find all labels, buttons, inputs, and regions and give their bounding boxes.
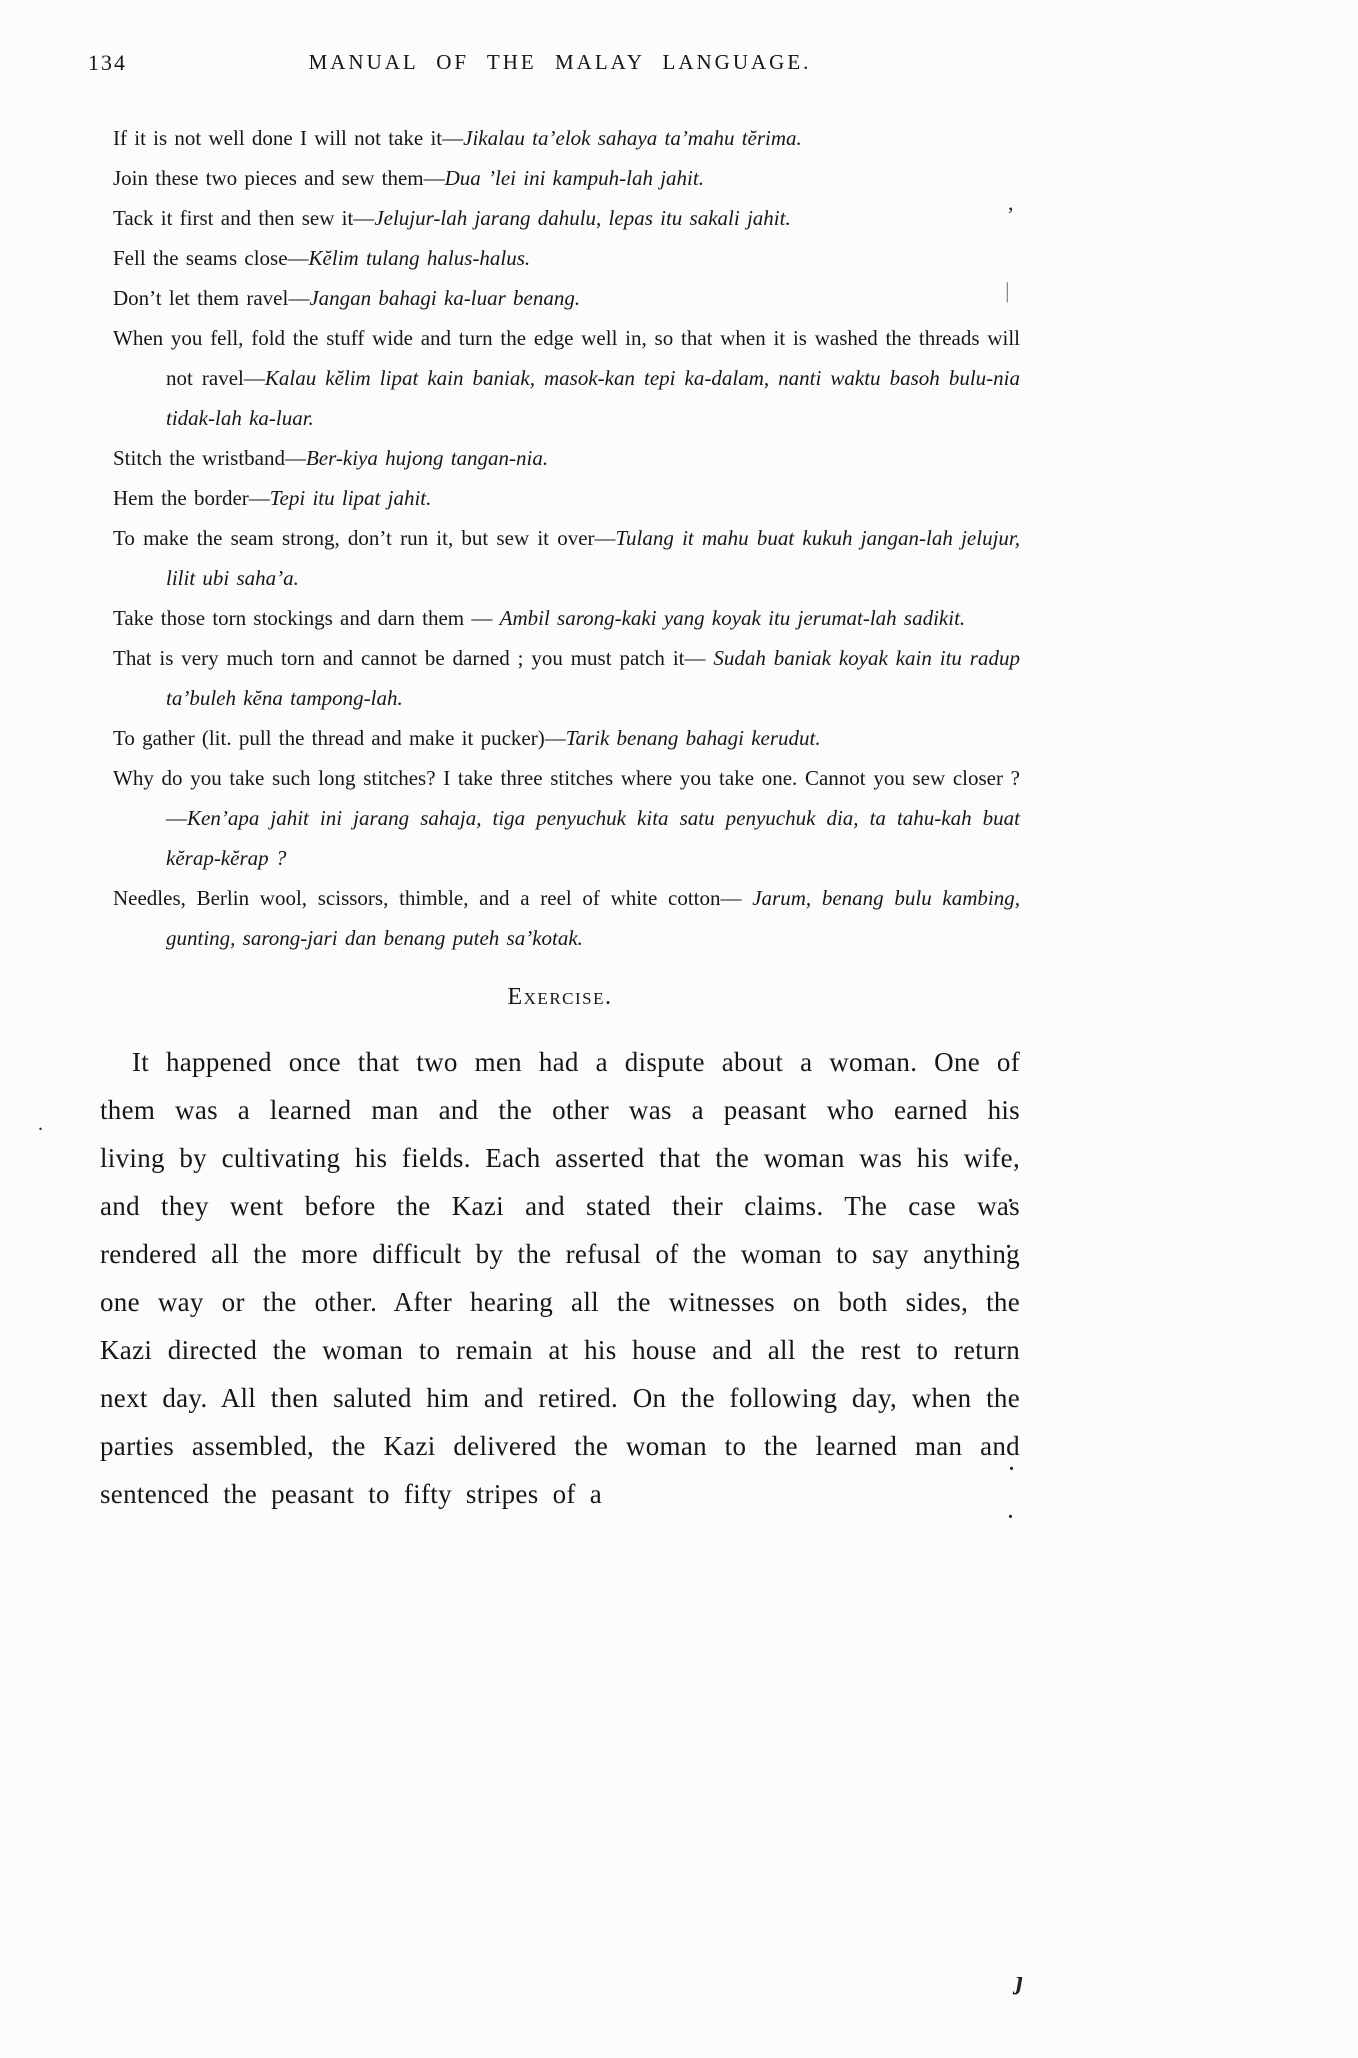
phrase-english: Needles, Berlin wool, scissors, thimble,… (113, 886, 752, 910)
phrase-item: Don’t let them ravel—Jangan bahagi ka-lu… (100, 278, 1020, 318)
phrase-item: To gather (lit. pull the thread and make… (100, 718, 1020, 758)
page-header: 134 MANUAL OF THE MALAY LANGUAGE. (100, 50, 1020, 84)
phrase-item: Take those torn stockings and darn them … (100, 598, 1020, 638)
phrase-english: Don’t let them ravel— (113, 286, 309, 310)
phrase-english: That is very much torn and cannot be dar… (113, 646, 713, 670)
ink-mark: . (1008, 1186, 1013, 1206)
phrase-malay: Kĕlim tulang halus-halus. (309, 246, 531, 270)
phrase-malay: Tepi itu lipat jahit. (270, 486, 432, 510)
phrase-item: Stitch the wristband—Ber-kiya hujong tan… (100, 438, 1020, 478)
phrase-english: Tack it first and then sew it— (113, 206, 374, 230)
page-content: 134 MANUAL OF THE MALAY LANGUAGE. If it … (100, 50, 1020, 1545)
phrase-malay: Jikalau ta’elok sahaya ta’mahu tĕrima. (463, 126, 802, 150)
ink-mark: . (38, 1114, 43, 1134)
phrase-english: Hem the border— (113, 486, 270, 510)
page-title: MANUAL OF THE MALAY LANGUAGE. (100, 50, 1020, 75)
phrase-english: To gather (lit. pull the thread and make… (113, 726, 566, 750)
ink-mark: | (1006, 280, 1009, 302)
phrase-english: If it is not well done I will not take i… (113, 126, 463, 150)
ink-mark: . (1009, 1454, 1014, 1474)
exercise-paragraph: It happened once that two men had a disp… (100, 1038, 1020, 1518)
phrase-item: Fell the seams close—Kĕlim tulang halus-… (100, 238, 1020, 278)
phrase-malay: Dua ’lei ini kampuh-lah jahit. (445, 166, 704, 190)
page-number: 134 (88, 50, 127, 76)
phrase-malay: Ambil sarong-kaki yang koyak itu jerumat… (500, 606, 966, 630)
phrase-item: To make the seam strong, don’t run it, b… (100, 518, 1020, 598)
exercise-heading: Exercise. (100, 984, 1020, 1011)
scanned-book-page: 134 MANUAL OF THE MALAY LANGUAGE. If it … (0, 0, 1358, 2058)
phrase-malay: Jelujur-lah jarang dahulu, lepas itu sak… (374, 206, 790, 230)
phrase-english: Stitch the wristband— (113, 446, 306, 470)
phrase-item: Needles, Berlin wool, scissors, thimble,… (100, 878, 1020, 958)
ink-mark: . (1008, 1502, 1013, 1522)
phrase-malay: Jangan bahagi ka-luar benang. (309, 286, 580, 310)
phrase-english: Join these two pieces and sew them— (113, 166, 445, 190)
phrase-malay: Ber-kiya hujong tangan-nia. (306, 446, 548, 470)
phrase-malay: Ken’apa jahit ini jarang sahaja, tiga pe… (166, 806, 1020, 870)
phrase-malay: Tarik benang bahagi kerudut. (566, 726, 821, 750)
phrase-item: That is very much torn and cannot be dar… (100, 638, 1020, 718)
phrase-english: Fell the seams close— (113, 246, 309, 270)
phrase-item: Hem the border—Tepi itu lipat jahit. (100, 478, 1020, 518)
ink-mark: . (1006, 1232, 1011, 1252)
phrase-item: Join these two pieces and sew them—Dua ’… (100, 158, 1020, 198)
phrase-item: When you fell, fold the stuff wide and t… (100, 318, 1020, 438)
phrase-list: If it is not well done I will not take i… (100, 118, 1020, 958)
phrase-malay: Kalau kĕlim lipat kain baniak, masok-kan… (166, 366, 1020, 430)
ink-mark: ȷ (1016, 1968, 1023, 1994)
phrase-item: If it is not well done I will not take i… (100, 118, 1020, 158)
ink-mark: , (1008, 192, 1014, 214)
phrase-item: Tack it first and then sew it—Jelujur-la… (100, 198, 1020, 238)
phrase-english: To make the seam strong, don’t run it, b… (113, 526, 616, 550)
phrase-item: Why do you take such long stitches? I ta… (100, 758, 1020, 878)
phrase-english: Take those torn stockings and darn them … (113, 606, 500, 630)
